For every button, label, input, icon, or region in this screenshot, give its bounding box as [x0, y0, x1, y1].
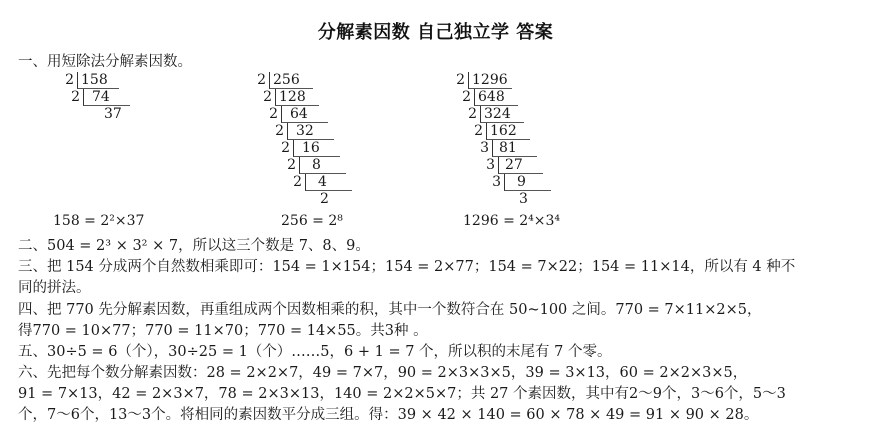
dividend: 158: [77, 72, 119, 89]
section-4-line-2: 得770 = 10×77；770 = 11×70；770 = 14×55。共3种…: [18, 321, 428, 341]
final-quotient: 3: [519, 191, 528, 208]
section-6-line-3: 个，7～6个，13～3个。将相同的素因数平分成三组。得：39 × 42 × 14…: [18, 405, 758, 425]
divisor: 2: [280, 140, 290, 157]
section-3-line-1: 三、把 154 分成两个自然数相乘即可：154 = 1×154；154 = 2×…: [18, 257, 795, 277]
section-3-line-2: 同的拼法。: [18, 278, 91, 298]
division-step: 2158: [64, 72, 119, 89]
divisor: 2: [473, 123, 483, 140]
dividend: 1296: [468, 72, 512, 89]
section-6-line-1: 六、先把每个数分解素因数：28 = 2×2×7，49 = 7×7，90 = 2×…: [18, 363, 747, 383]
page-title: 分解素因数 自己独立学 答案: [0, 18, 871, 44]
dividend: 64: [281, 106, 328, 123]
dividend: 324: [480, 106, 524, 123]
divisor: 2: [64, 72, 74, 89]
divisor: 3: [479, 140, 489, 157]
dividend: 162: [486, 123, 530, 140]
divisor: 2: [455, 72, 465, 89]
divisor: 2: [461, 89, 471, 106]
result-256: 256 = 2⁸: [281, 213, 343, 229]
divisor: 2: [268, 106, 278, 123]
section-6-line-2: 91 = 7×13，42 = 2×3×7，78 = 2×3×13，140 = 2…: [18, 384, 786, 404]
section-5: 五、30÷5 = 6（个），30÷25 = 1（个）……5，6 + 1 = 7 …: [18, 342, 612, 362]
section-4-line-1: 四、把 770 先分解素因数，再重组成两个因数相乘的积，其中一个数符合在 50~…: [18, 300, 762, 320]
result-1296: 1296 = 2⁴×3⁴: [463, 213, 560, 229]
divisor: 2: [286, 157, 296, 174]
dividend: 128: [275, 89, 319, 106]
dividend: 32: [287, 123, 334, 140]
divisor: 2: [467, 106, 477, 123]
dividend: 74: [83, 89, 130, 106]
dividend: 4: [305, 174, 352, 191]
divisor: 2: [70, 89, 80, 106]
dividend: 8: [299, 157, 346, 174]
divisor: 2: [256, 72, 266, 89]
dividend: 27: [498, 157, 543, 174]
section-2: 二、504 = 2³ × 3² × 7，所以这三个数是 7、8、9。: [18, 236, 370, 256]
dividend: 16: [293, 140, 340, 157]
division-step: 274: [70, 89, 130, 106]
dividend: 256: [269, 72, 313, 89]
division-quotient: 37: [104, 106, 122, 123]
final-quotient: 37: [104, 106, 122, 123]
section-1-heading: 一、用短除法分解素因数。: [18, 52, 192, 72]
dividend: 9: [504, 174, 551, 191]
dividend: 648: [474, 89, 518, 106]
dividend: 81: [492, 140, 537, 157]
divisor: 2: [274, 123, 284, 140]
final-quotient: 2: [320, 191, 329, 208]
divisor: 3: [491, 174, 501, 191]
divisor: 3: [485, 157, 495, 174]
result-158: 158 = 2²×37: [53, 213, 144, 229]
divisor: 2: [292, 174, 302, 191]
divisor: 2: [262, 89, 272, 106]
